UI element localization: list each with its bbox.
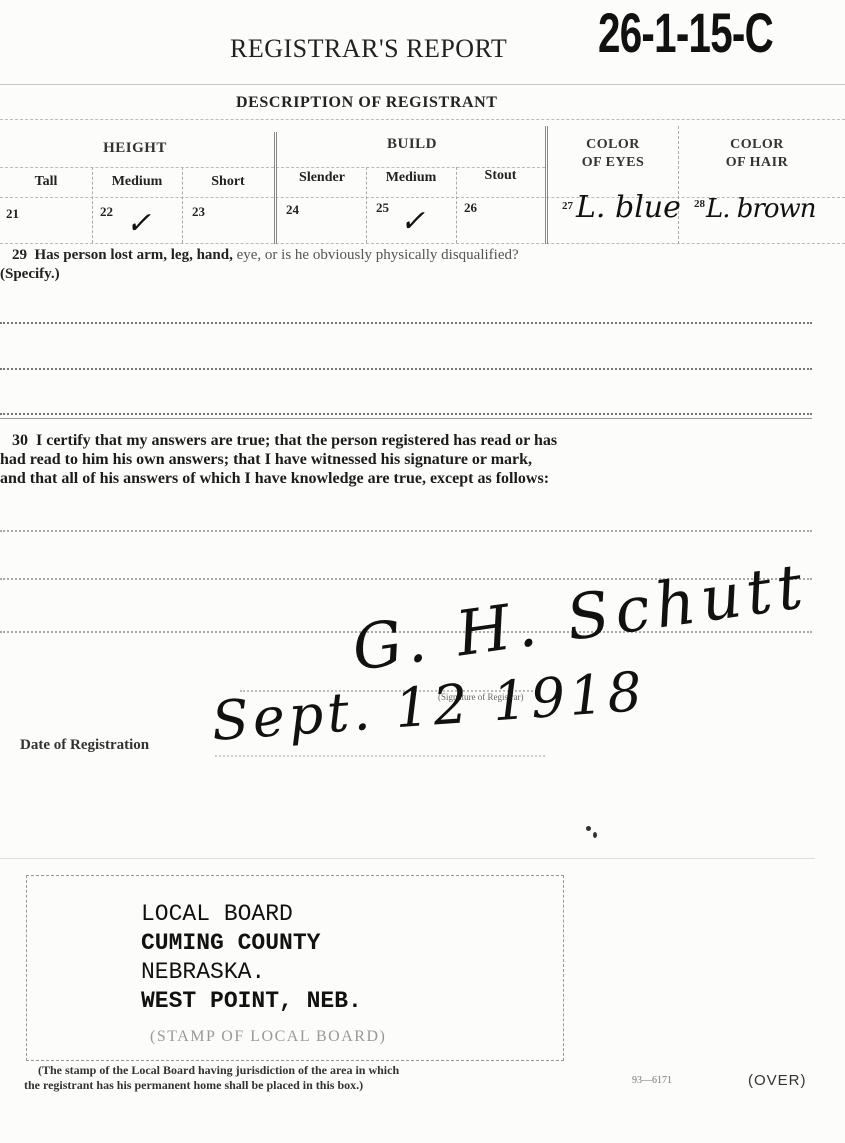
- field-28-number: 28: [694, 198, 705, 210]
- footer-note-line1: (The stamp of the Local Board having jur…: [38, 1063, 399, 1078]
- answer-line[interactable]: [0, 368, 812, 370]
- question-29-bold: Has person lost arm, leg, hand,: [35, 247, 233, 263]
- height-group-label: HEIGHT: [0, 140, 270, 157]
- stamp-caption: (STAMP OF LOCAL BOARD): [150, 1028, 386, 1046]
- form-code: 93—6171: [632, 1075, 672, 1086]
- divider: [0, 84, 845, 85]
- exception-line[interactable]: [0, 530, 812, 532]
- hair-label: COLOR OF HAIR: [682, 136, 832, 172]
- certification-line2: had read to him his own answers; that I …: [0, 450, 532, 469]
- question-29-number: 29: [12, 247, 27, 263]
- form-number: 26-1-15-C: [598, 0, 773, 65]
- eyes-label: COLOR OF EYES: [548, 136, 678, 172]
- field-24-number: 24: [286, 202, 299, 218]
- answer-line[interactable]: [0, 322, 812, 324]
- ink-smudge: [593, 832, 597, 838]
- divider: [0, 418, 812, 419]
- certification-line3: and that all of his answers of which I h…: [0, 469, 549, 488]
- field-21-number: 21: [6, 206, 19, 222]
- col-stout-label: Stout: [456, 168, 545, 184]
- field-23-number: 23: [192, 204, 205, 220]
- report-title: REGISTRAR'S REPORT: [230, 34, 507, 64]
- stamp-text: LOCAL BOARD CUMING COUNTY NEBRASKA. WEST…: [141, 900, 362, 1016]
- date-of-registration-label: Date of Registration: [20, 737, 149, 754]
- divider: [0, 858, 815, 859]
- eyes-label-line1: COLOR: [548, 136, 678, 154]
- certification-number: 30: [12, 432, 28, 449]
- ink-smudge: [586, 826, 591, 831]
- field-22-number: 22: [100, 204, 113, 220]
- stamp-line-2: CUMING COUNTY: [141, 929, 362, 958]
- divider: [0, 119, 845, 120]
- col-tall-label: Tall: [0, 174, 92, 190]
- col-height-medium-label: Medium: [92, 174, 182, 190]
- hair-color-value[interactable]: L. brown: [706, 194, 816, 224]
- section-title: DESCRIPTION OF REGISTRANT: [236, 94, 498, 112]
- date-underline: [215, 755, 545, 757]
- height-medium-checkmark[interactable]: ✓: [126, 206, 151, 241]
- question-29-light: eye, or is he obviously physically disqu…: [237, 247, 519, 263]
- stamp-line-3: NEBRASKA.: [141, 958, 362, 987]
- certification-line1: 30 I certify that my answers are true; t…: [12, 431, 557, 450]
- field-27-number: 27: [562, 200, 573, 212]
- field-26-number: 26: [464, 200, 477, 216]
- col-short-label: Short: [182, 174, 274, 190]
- col-slender-label: Slender: [278, 170, 366, 186]
- build-group-label: BUILD: [278, 136, 546, 153]
- stamp-line-1: LOCAL BOARD: [141, 900, 362, 929]
- col-line: [545, 126, 548, 244]
- hair-label-line1: COLOR: [682, 136, 832, 154]
- field-25-number: 25: [376, 200, 389, 216]
- date-of-registration-value[interactable]: Sept. 12 1918: [210, 660, 648, 753]
- eye-color-value[interactable]: L. blue: [576, 190, 681, 225]
- answer-line[interactable]: [0, 413, 812, 415]
- certification-text-1: I certify that my answers are true; that…: [36, 432, 557, 449]
- col-line: [678, 126, 679, 244]
- question-29-specify: (Specify.): [0, 265, 60, 284]
- col-line: [274, 132, 277, 244]
- hair-label-line2: OF HAIR: [682, 154, 832, 172]
- over-indicator: (OVER): [748, 1072, 807, 1089]
- footer-note-line2: the registrant has his permanent home sh…: [24, 1078, 363, 1093]
- stamp-line-4: WEST POINT, NEB.: [141, 987, 362, 1016]
- eyes-label-line2: OF EYES: [548, 154, 678, 172]
- build-medium-checkmark[interactable]: ✓: [400, 204, 425, 239]
- row-line: [0, 243, 845, 244]
- question-29-text: 29 Has person lost arm, leg, hand, eye, …: [12, 246, 842, 265]
- col-build-medium-label: Medium: [366, 170, 456, 186]
